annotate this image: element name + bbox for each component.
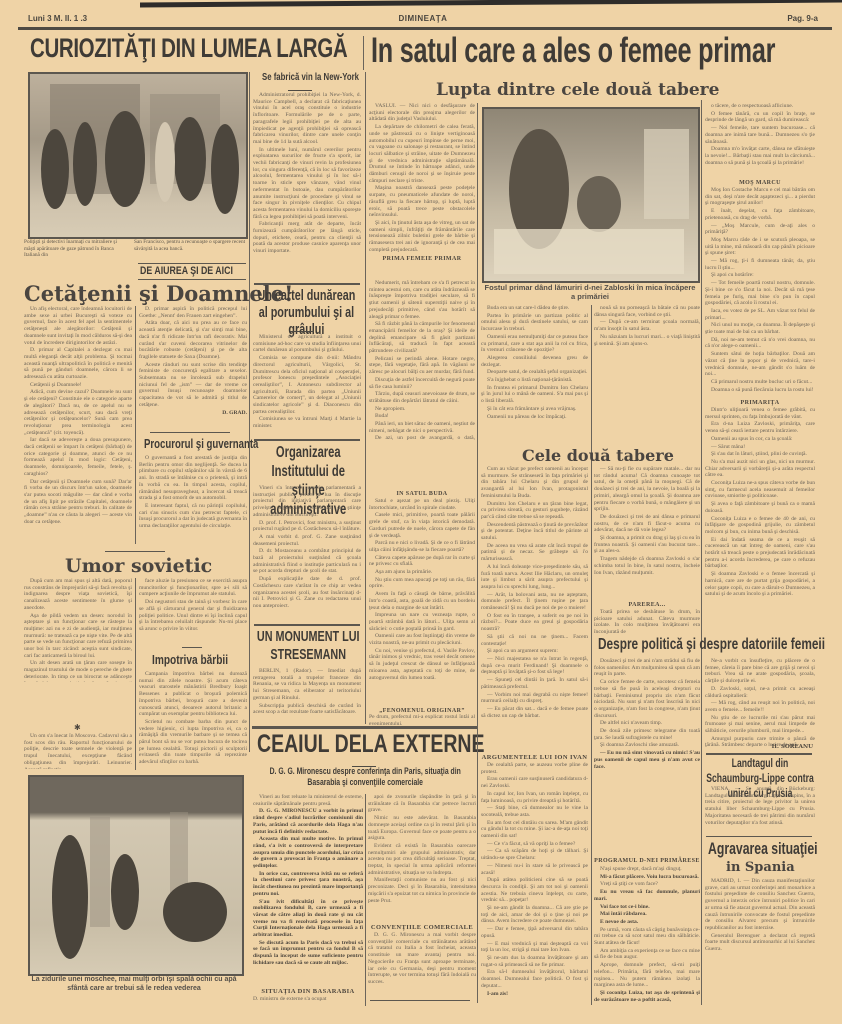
article-ceaiul-col2b: D. G. G. Mironescu a mai vorbit despre c… xyxy=(368,932,476,997)
paragraph: Nu năzuiam la lucruri mari... o viaţă li… xyxy=(594,334,700,347)
paragraph: — Tot femeile poartă rostul nostru, domn… xyxy=(705,280,815,307)
section-rule xyxy=(706,836,812,837)
paragraph: VIENA. — Se anunţă din Bückeburg: Landta… xyxy=(705,786,815,826)
paragraph: — Spuneţi cel dintâi în ţară. In satul s… xyxy=(481,677,588,690)
paragraph: Coconiţa Luiza ne-a spus câteva vorbe de… xyxy=(705,480,815,500)
photo-former-mayor xyxy=(482,107,700,283)
paragraph: Oamenii erau nemulţumiţi dar ce puteau f… xyxy=(481,334,588,354)
paragraph: D. primar al Capitalei a dezlegat cu mai… xyxy=(24,347,132,381)
paragraph: Dintr'o uliţioară venea o femee grăbită,… xyxy=(705,407,815,420)
paragraph: MADRID, 1. — Din cauza manifestaţiunilor… xyxy=(705,878,815,932)
paragraph: Toată prirea se desbătuse în drum, în pi… xyxy=(594,609,700,634)
paragraph: Iar dacă se adevereşte a doua presupuner… xyxy=(24,437,132,477)
paragraph: Douăzeci şi trei de ani n'am strădui să … xyxy=(594,658,700,678)
section-rule xyxy=(254,624,360,626)
paragraph: Dar cetăţenii şi Doamnele cum sună? Dar'… xyxy=(24,479,132,526)
paragraph: — Mă rog, când au reuşit noi în politică… xyxy=(705,700,815,713)
paragraph: — Nici majestatea se n'a întrat în regen… xyxy=(481,656,588,676)
article-cele-doua-col2-top: nouă să nu porneaşcă la bătaie că nu poa… xyxy=(594,305,700,440)
photo-police-bank xyxy=(28,72,248,239)
paragraph: Comisia se compune din d-nii: Mândru dir… xyxy=(253,355,361,415)
paragraph: Campania împotriva bărbei nu durează num… xyxy=(139,671,247,718)
paragraph: De altfel nici n'aveam timp. xyxy=(594,720,700,727)
article-cele-doua-col2c: Douăzeci şi trei de ani n'am strădui să … xyxy=(594,658,700,818)
paragraph: După atâtea politicieni cine să se poată… xyxy=(481,877,588,904)
article-satul-col1: VASLUI. — Nici nici o desfăşurare de acţ… xyxy=(369,103,475,280)
kicker-de-aiurea: DE AIUREA ŞI DE AICI xyxy=(140,265,233,277)
article-satul-col1d: Pe drum, prefectul mi-a explicat rostul … xyxy=(369,714,475,726)
paragraph: Eu nu vreau să fac domnule, planuri mari… xyxy=(594,889,700,902)
photo-caption-left: Poliţişti şi detectivi înarmaţi cu mitra… xyxy=(24,239,129,259)
section-rule xyxy=(105,551,165,552)
paragraph: Să fi răzbit până la câmpurile lor fenom… xyxy=(369,321,475,355)
paragraph: Atâta doar, că aici nu prea au ce face c… xyxy=(139,320,247,360)
paragraph: De douăzeci şi trei de ani dânsa e prima… xyxy=(594,514,700,534)
paragraph: A lui încă doleanţe vice-preşedintele să… xyxy=(481,564,588,591)
paragraph: O femee tânără, cu un copil în braţe, se… xyxy=(705,111,815,124)
section-rule xyxy=(182,647,202,648)
headline-stresemann: UN MONUMENT LUI STRESEMANN xyxy=(256,628,360,664)
paragraph: D. dr. Mostaceanu a combătut principiul … xyxy=(253,548,361,575)
paragraph: Şi aici, în ţinutul ăsta aşa de vitreg, … xyxy=(369,220,475,254)
article-spania: MADRID, 1. — Din cauza manifestaţiunilor… xyxy=(705,878,815,1006)
paragraph: Pelicani se perindă alene. Hotare negre,… xyxy=(369,356,475,376)
paragraph: Doi negustori stau de taină şi vorbesc î… xyxy=(139,599,247,633)
paragraph: — Mă rog, ţi-i fi dumneata tânăr, da, şt… xyxy=(705,258,815,271)
section-rule xyxy=(290,331,314,332)
column-divider xyxy=(591,305,592,1005)
column-divider xyxy=(249,72,250,752)
article-cele-doua-col2: — Să nu-ţi fie cu supărare matale... dar… xyxy=(594,466,700,594)
paragraph: face aluzie la presiunea ce se exercită … xyxy=(139,578,247,598)
paragraph: Mai întâi răbdarea. xyxy=(594,911,700,918)
article-barba: Campania împotriva bărbei nu durează num… xyxy=(139,671,247,770)
column-divider xyxy=(477,103,478,1003)
paragraph: Impreuna un nare cu vezneaţa rupte, o po… xyxy=(369,612,475,632)
paragraph: Un afiş electoral, care îndeamnă locuito… xyxy=(24,306,132,346)
paragraph: De azi, un post de avangardă, o dată, pr… xyxy=(369,435,475,440)
paragraph: Suntem sătui de hoţia bărbaţilor. Două a… xyxy=(705,351,815,378)
article-cetatenii-col2: D. primar aspiră în politică precepul lu… xyxy=(139,306,247,418)
article-stresemann: BERLIN, 1 (Rador). — Imediat după retrag… xyxy=(253,668,361,728)
subhead-in-satul-buda: IN SATUL BUDA xyxy=(369,491,475,497)
subhead-prima-femeie: PRIMA FEMEIE PRIMAR xyxy=(369,256,475,263)
paragraph: Oamenii care au fost înştiinţaţi din vre… xyxy=(369,633,475,646)
paragraph: — Nimeni nu-i în stare să le privească p… xyxy=(481,863,588,876)
paragraph: O guvernantă a fost arestată de justiţia… xyxy=(139,455,247,502)
article-satul-col3b: Moş Ion Costache Marcu e cel mai bătrân … xyxy=(705,187,815,394)
paragraph: La depărtare de chilometri de calea fera… xyxy=(369,124,475,184)
paragraph: In orice caz, controversa ivită nu se re… xyxy=(253,871,363,898)
paragraph: Aceste rânduri nu sunt scrise din tendin… xyxy=(139,362,247,409)
paragraph: Buda era un sat care-l dădea de ştire. xyxy=(481,305,588,312)
paragraph: nouă să nu porneaşcă la bătaie că nu poa… xyxy=(594,305,700,318)
paragraph: Vreţi să ştiţi ce vom face? xyxy=(594,881,700,888)
page-number: Pag. 9-a xyxy=(787,14,818,23)
paragraph: Generalul Berenguer a declarat că regret… xyxy=(705,933,815,953)
headline-ceaiul: CEAIUL DELA EXTERNE xyxy=(257,730,485,759)
paragraph: Coconiţa Luiza e o femee de 40 de ani, c… xyxy=(705,516,815,536)
paragraph: Şi s'au dat în lături, ştiind, plini de … xyxy=(705,451,815,458)
paragraph: — Ce v'a făcut, să vă opriţi la o femee? xyxy=(481,841,588,848)
paragraph: Administratorul prohibiţiei la New-York,… xyxy=(253,92,361,146)
paragraph: — E mai vrednică şi mai deşteaptă ca voi… xyxy=(481,941,588,954)
subtitle-lupta: Lupta dintre cele două tabere xyxy=(436,80,719,100)
page-top-edge xyxy=(140,0,842,7)
paragraph: Scrietul nu combate barba din punct de v… xyxy=(139,719,247,766)
subhead-programul: PROGRAMUL D-NEI PRIMĂRESE xyxy=(594,858,700,864)
headline-cetatenii: Cetăţenii şi Doamnele! xyxy=(24,281,293,306)
article-ceaiul-col1: Vineri au fost reluate la ministerul de … xyxy=(253,794,363,999)
subhead-parerea: PAREREA... xyxy=(594,602,700,608)
paragraph: Aprope, domnule prefect, să-mi puiţi tel… xyxy=(594,962,700,989)
headline-cele-doua-tabere: Cele două tabere xyxy=(522,446,674,465)
paragraph: Nedumerit, mă întrebam ce s'a fi petrecu… xyxy=(369,280,475,320)
article-vin-new-york: Administratorul prohibiţiei la New-York,… xyxy=(253,92,361,278)
asterisk-separator: ✱ xyxy=(74,723,81,732)
paragraph: — Să nu-ţi fie cu supărare matale... dar… xyxy=(594,466,700,513)
paragraph: BERLIN, 1 (Rador). — Imediat după retrag… xyxy=(253,668,361,702)
paragraph: Nici unul nu moţie, ca doamna. Îl depăşe… xyxy=(705,322,815,335)
paragraph: Buda! xyxy=(369,413,475,420)
paragraph: Ca orice femee de carte, socotesc că fem… xyxy=(594,679,700,719)
paragraph: Voi face tot ce-i bine. xyxy=(594,904,700,911)
headline-procurorul: Procurorul şi guvernanta xyxy=(144,436,258,451)
headline-satul: In satul care a ales o femee primar xyxy=(371,31,775,71)
paragraph: — „Moş Marcule, cum de-aţi ales o primăr… xyxy=(705,223,815,236)
paragraph: Adică, cum devine cazul? Doamnele nu sun… xyxy=(24,389,132,436)
section-rule xyxy=(288,90,312,91)
article-umor-col1: După cum am mai spus şi altă dată, popor… xyxy=(24,578,132,682)
article-satul-col3c: Dintr'o uliţioară venea o femee grăbită,… xyxy=(705,407,815,602)
paragraph: — Noi femeile, tare suntem bucuroase... … xyxy=(705,125,815,145)
article-landtag: VIENA. — Se anunţă din Bückeburg: Landta… xyxy=(705,786,815,836)
section-rule xyxy=(254,439,360,441)
paragraph: Târziu, după ceasuri anevoioase de drum,… xyxy=(369,391,475,404)
paragraph: Pe urmă, vom căuta să câştig bunăvoinţa … xyxy=(594,927,700,947)
paragraph: Comisiunea se va întruni Marţi 4 Martie … xyxy=(253,416,361,429)
subhead-mos-marcu: MOŞ MARCU xyxy=(705,180,815,186)
article-cele-doua-col1: Cum au văzut pe prefect oamenii au încep… xyxy=(481,466,588,719)
paragraph: D. G. G. Mironescu a mai vorbit despre c… xyxy=(368,932,476,986)
paragraph: D. G. G. MIRONESCU a vorbit în primul râ… xyxy=(253,808,363,835)
paragraph: — După ce-am terminat şcoala normală, m'… xyxy=(594,319,700,332)
subhead-conventii: CONVENŢIILE COMERCIALE xyxy=(368,924,476,931)
paragraph: Dumitru Ion Chelaru e un ţăran bine lega… xyxy=(481,501,588,521)
section-rule xyxy=(706,753,812,755)
paragraph: Casele mici, primitive, poartă toate păl… xyxy=(369,512,475,539)
paragraph: A mai vorbit d. prof. G. Zane susţinând … xyxy=(253,534,361,547)
article-procurorul: O guvernantă a fost arestată de justiţia… xyxy=(139,455,247,547)
paragraph: Dă, noi ne-am temut că n'o vrei doamna, … xyxy=(705,337,815,350)
column-divider xyxy=(365,794,366,1006)
paragraph: Până ieri, un biet sătuc de oameni, neşt… xyxy=(369,421,475,434)
paragraph: Deoparte satul, de cealaltă şeful organi… xyxy=(481,369,588,376)
article-ceaiul-col1-tail: D. ministru de externe s'a ocupat xyxy=(253,996,363,1004)
paragraph: Şi apoi cu hotărîre: xyxy=(705,272,815,279)
paragraph: Descendentă păstrează o ţinută de prevăz… xyxy=(481,522,588,542)
paragraph: I-am zis! xyxy=(481,991,588,998)
newspaper-name: DIMINEAŢA xyxy=(28,14,818,23)
paragraph: Şi doamna Zavloschi râse amuzată. xyxy=(594,742,700,749)
column-divider xyxy=(135,306,136,544)
paragraph: Nimic nu este adevărat. In Basarabia dom… xyxy=(368,815,476,842)
article-despre-politica: Ne-a vorbit cu însufleţire, cu plăcere d… xyxy=(705,658,815,753)
paragraph: Că primarul nostru multe bucluc uri o fă… xyxy=(705,379,815,386)
paragraph: — Ca să scăpăm de hoţi şi de tâlhari. Şi… xyxy=(481,848,588,861)
masthead: Luni 3 M. II. 1 .3 DIMINEAŢA Pag. 9-a xyxy=(28,14,818,26)
paragraph: Maşina noastră dansează peste podeţele s… xyxy=(369,185,475,219)
paragraph: Moş Ion Costache Marcu e cel mai bătrân … xyxy=(705,187,815,207)
paragraph: Ei dai îndată seama de ce a reuşit să cu… xyxy=(705,537,815,571)
paragraph: Şi ne-am dus la doamna învăţătoare şi am… xyxy=(481,955,588,968)
section-rule-thick xyxy=(252,726,477,729)
paragraph: — Staţi bine, că dumnealor nu le vine la… xyxy=(481,805,588,818)
paragraph: Şi doamna, a primit cu drag şi laş şi cu… xyxy=(594,535,700,555)
paragraph: Vineri au fost reluate la ministerul de … xyxy=(253,794,363,807)
paragraph: D. primar aspiră în politică precepul lu… xyxy=(139,306,247,319)
paragraph: Oamenii au spus în cor, ca la şcoală: xyxy=(705,436,815,443)
paragraph: — Sărut mâna! xyxy=(705,444,815,451)
paragraph: D. Zavloski, soţul, ne-a primit cu aceea… xyxy=(705,686,815,699)
paragraph: S'a înjghebat o listă naţional-ţărănistă… xyxy=(481,377,588,384)
section-rule xyxy=(370,1000,470,1001)
paragraph: — Eu păcat din sat... dacă e de femee po… xyxy=(481,706,588,719)
masthead-rule xyxy=(18,27,832,30)
photo-caption-former-mayor: Fostul primar dând lămuriri d-nei Zablos… xyxy=(482,283,698,301)
paragraph: Un om s'a înecat în Moscova. Cadavrul să… xyxy=(24,733,132,769)
article-cetatenii-col1: Un afiş electoral, care îndeamnă locuito… xyxy=(24,306,132,544)
paragraph: VASLUI. — Nici nici o desfăşurare de acţ… xyxy=(369,103,475,123)
article-satul-col1c: Satul e aşezat pe un deal pieziş. Uliţi … xyxy=(369,498,475,703)
headline-despre-politica: Despre politică şi despre datoriile feme… xyxy=(598,636,825,654)
article-satul-col2: Buda era un sat care-l dădea de ştire. P… xyxy=(481,305,588,440)
paragraph: Subscripţia publică deschisă de curând î… xyxy=(253,703,361,716)
photo-caption-mosque: La zidurile unei moschee, mai mulţi orbi… xyxy=(28,976,240,993)
paragraph: Evident că există în Basarabia oarecare … xyxy=(368,843,476,877)
paragraph: Era să-l dumnealui învăţătorul, bărbatul… xyxy=(481,969,588,989)
paragraph: E interesant faptul, că nu părinţii copi… xyxy=(139,503,247,530)
paragraph: Şi apoi ca un argument suprem: xyxy=(481,648,588,655)
paragraph: Moş Marcu râde de i se scutură pleoapa, … xyxy=(705,237,815,257)
paragraph: Un alt desen arată un ţăran care soseşte… xyxy=(24,660,132,682)
paragraph: Cetăţenii şi Doamnele! xyxy=(24,382,132,389)
paragraph: In capul lor, Ion Ivan, un român înţelep… xyxy=(481,791,588,804)
article-cele-doua-col1b: De cealaltă parte, se auzeau vorbe pline… xyxy=(481,762,588,1007)
paragraph: — Arăt, la bolovani asta, nu ne aşteptam… xyxy=(481,592,588,612)
paragraph: Parcă nu e nici o livadă. Şi de ce o fi … xyxy=(369,540,475,553)
paragraph: Partea în primărie un partizan politic a… xyxy=(481,313,588,333)
paragraph: Se discută acum la Paris dacă va trebui … xyxy=(253,940,363,967)
column-divider xyxy=(701,100,702,1005)
paragraph: apoi de zvonurile răspândite în ţară şi … xyxy=(368,794,476,814)
paragraph: De cealaltă parte, se auzeau vorbe pline… xyxy=(481,762,588,775)
article-satul-col3: o tăcere, de o respectuoasă afliciune. O… xyxy=(705,103,815,167)
paragraph: S'au ivit dificultăţi în ce priveşte mob… xyxy=(253,899,363,939)
headline-curiozitati: CURIOZITĂŢI DIN LUMEA LARGĂ xyxy=(30,33,347,64)
paragraph: Satul e aşezat pe un deal pieziş. Uliţi … xyxy=(369,498,475,511)
headline-vin-new-york: Se fabrică vin la New-York xyxy=(262,72,359,83)
paragraph: In ultimele luni, numărul cererilor pent… xyxy=(253,147,361,221)
paragraph: Cu noi, venise şi prefectul, d. Vasile P… xyxy=(369,648,475,682)
paragraph: Şi în cât era frământare şi avea vrăjmaş… xyxy=(481,406,588,413)
paragraph: Nu s'a mai auzit nici un glas, nici un m… xyxy=(705,459,815,479)
paragraph: Oamenii nu păreau de loc împăcaţi. xyxy=(481,414,588,421)
subhead-argumentele: ARGUMENTELE LUI ION IVAN xyxy=(481,754,588,761)
paragraph: De aceea nu vrea să arate cât încă trupu… xyxy=(481,543,588,563)
section-rule xyxy=(254,283,360,285)
kicker-rule xyxy=(138,263,246,264)
paragraph: Şi avea o faţă zâmbitoare şi bună ca o m… xyxy=(705,501,815,514)
paragraph: Manifestaţii comuniste nu au fost şi nic… xyxy=(368,877,476,904)
paragraph: o tăcere, de o respectuoasă afliciune. xyxy=(705,103,815,110)
paragraph: Iaca, eu votez de pe SL. Am văzut tot fe… xyxy=(705,308,815,321)
paragraph: — Eu nu mă simt vinovată cu nimic! S'au … xyxy=(594,750,700,770)
paragraph: Fabricanţii merg atât de departe, încât … xyxy=(253,221,361,255)
paragraph: Şi coconiţa Luiza, tot aşa de sprintenă … xyxy=(594,990,700,1003)
column-divider xyxy=(135,578,136,770)
paragraph: Erau oamenii care susţinuseră candidatur… xyxy=(481,776,588,789)
paragraph: Şi ne-am gândit la doamna... Că are ştie… xyxy=(481,905,588,925)
paragraph: După cum am mai spus şi altă dată, popor… xyxy=(24,578,132,612)
subhead-primarita: PRIMARIŢA xyxy=(705,400,815,406)
article-institut: Vineri s'a întrunit comisia parlamentară… xyxy=(253,485,361,620)
paragraph: Ministerul de agricultură a instituit o … xyxy=(253,334,361,354)
paragraph: Doamna o să pună fiecăruia lucru la rost… xyxy=(705,387,815,394)
photo-mosque-blind xyxy=(28,775,244,976)
paragraph: Aşa am ajuns la primărie. xyxy=(369,569,475,576)
headline-spania-line1: Agravarea situaţiei xyxy=(708,839,818,859)
paragraph: Am ambiţia ca experienţa ce se face cu m… xyxy=(594,948,700,961)
article-ceaiul-col2: apoi de zvonurile răspândite în ţară şi … xyxy=(368,794,476,909)
photo-caption-right: San Francisco, pentru a recunoaşte o spa… xyxy=(134,239,246,252)
headline-divider xyxy=(363,36,364,70)
headline-umor: Umor sovietic xyxy=(65,555,212,577)
subhead-basarabia: SITUAŢIA DIN BASARABIA xyxy=(253,988,363,995)
paragraph: Aceasta din mai multe motive. In primul … xyxy=(253,836,363,870)
paragraph: N'aşi spune drept, dacă m'aşi dinguţ. xyxy=(594,866,700,873)
article-umor-col1b: Un om s'a înecat în Moscova. Cadavrul să… xyxy=(24,733,132,769)
signature-d-grad: D. GRAD. xyxy=(139,410,247,417)
paragraph: Nu ştiu de ce lucrurile mi s'au părut ma… xyxy=(705,715,815,735)
article-satul-col1b: Nedumerit, mă întrebam ce s'a fi petrecu… xyxy=(369,280,475,440)
headline-spania-line2: in Spania xyxy=(726,860,795,875)
paragraph: Ne-a vorbit cu însufleţire, cu plăcere d… xyxy=(705,658,815,685)
signature-soreanu: H. SOREANU xyxy=(705,744,813,750)
article-cartel: Ministerul de agricultură a instituit o … xyxy=(253,334,361,432)
paragraph: O fost ea în tranşee, a suferit ea pe no… xyxy=(481,613,588,633)
paragraph: Vineri s'a întrunit comisia parlamentară… xyxy=(253,485,361,519)
headline-barba: Impotriva bărbii xyxy=(152,652,228,667)
article-cele-doua-col2d: N'aşi spune drept, dacă m'aşi dinguţ. Mi… xyxy=(594,866,700,1006)
paragraph: Discuţia de astfel încercuită de negură … xyxy=(369,377,475,390)
paragraph: Să ştii că noi nu ne ţinem... Facem cont… xyxy=(481,634,588,647)
paragraph: După explicaţiile date de d. prof. Costă… xyxy=(253,576,361,610)
paragraph: Doamna m'o învăţat carte, dânsa ne sfătu… xyxy=(705,146,815,166)
paragraph: Câteva capete apăruse pe după rar în cur… xyxy=(369,555,475,568)
paragraph: De două zile primesc telegrame din toată… xyxy=(594,728,700,741)
paragraph: — Vorbim noi mai degrabă cu nişte femee!… xyxy=(481,692,588,705)
paragraph: E nevoe de asta. xyxy=(594,919,700,926)
paragraph: Alegerea consiliului devenea greu de dez… xyxy=(481,355,588,368)
paragraph: Avem în faţă o căsuţă de bârne, prăvălit… xyxy=(369,591,475,611)
paragraph: E înalt, deşelat, cu faţa zâmbitoare, pr… xyxy=(705,208,815,221)
paragraph: Cum au văzut pe prefect oamenii au încep… xyxy=(481,466,588,500)
article-cele-doua-col2b: Toată prirea se desbătuse în drum, în pi… xyxy=(594,609,700,634)
paragraph: Mi-a făcut plăcere. Voiu lucra bucuroasă… xyxy=(594,874,700,881)
paragraph: In fruntea ei primarul Dumitru Ion Chela… xyxy=(481,385,588,405)
paragraph: Aşa de pildă vedem un desen: norodul în … xyxy=(24,613,132,660)
paragraph: D. prof. I. Petrovici, fost ministru, a … xyxy=(253,520,361,533)
paragraph: Eu am fost cel dintâiu cu sarea. M'am gâ… xyxy=(481,820,588,840)
section-rule xyxy=(150,432,230,433)
article-umor-col2: face aluzie la presiunea ce se exercită … xyxy=(139,578,247,643)
subtitle-ceaiul: D. G. G. Mironescu despre conferinţa din… xyxy=(255,766,475,788)
paragraph: — Dar e femee, ţipă adversarul din tabăr… xyxy=(481,926,588,939)
paragraph: Şi doamna Zavloski e o femee încercată ş… xyxy=(705,571,815,598)
column-divider xyxy=(365,72,366,724)
kicker-rule-bottom xyxy=(138,279,246,280)
paragraph: Era d-na Luiza Zavloski, primăriţa, care… xyxy=(705,421,815,434)
paragraph: Nu ştiu cum mea apucaţi pe toţi un rău, … xyxy=(369,577,475,590)
paragraph: Ne apropiem. xyxy=(369,406,475,413)
paragraph: Tragem nădejde că doamna Zavloski o s'ar… xyxy=(594,556,700,576)
